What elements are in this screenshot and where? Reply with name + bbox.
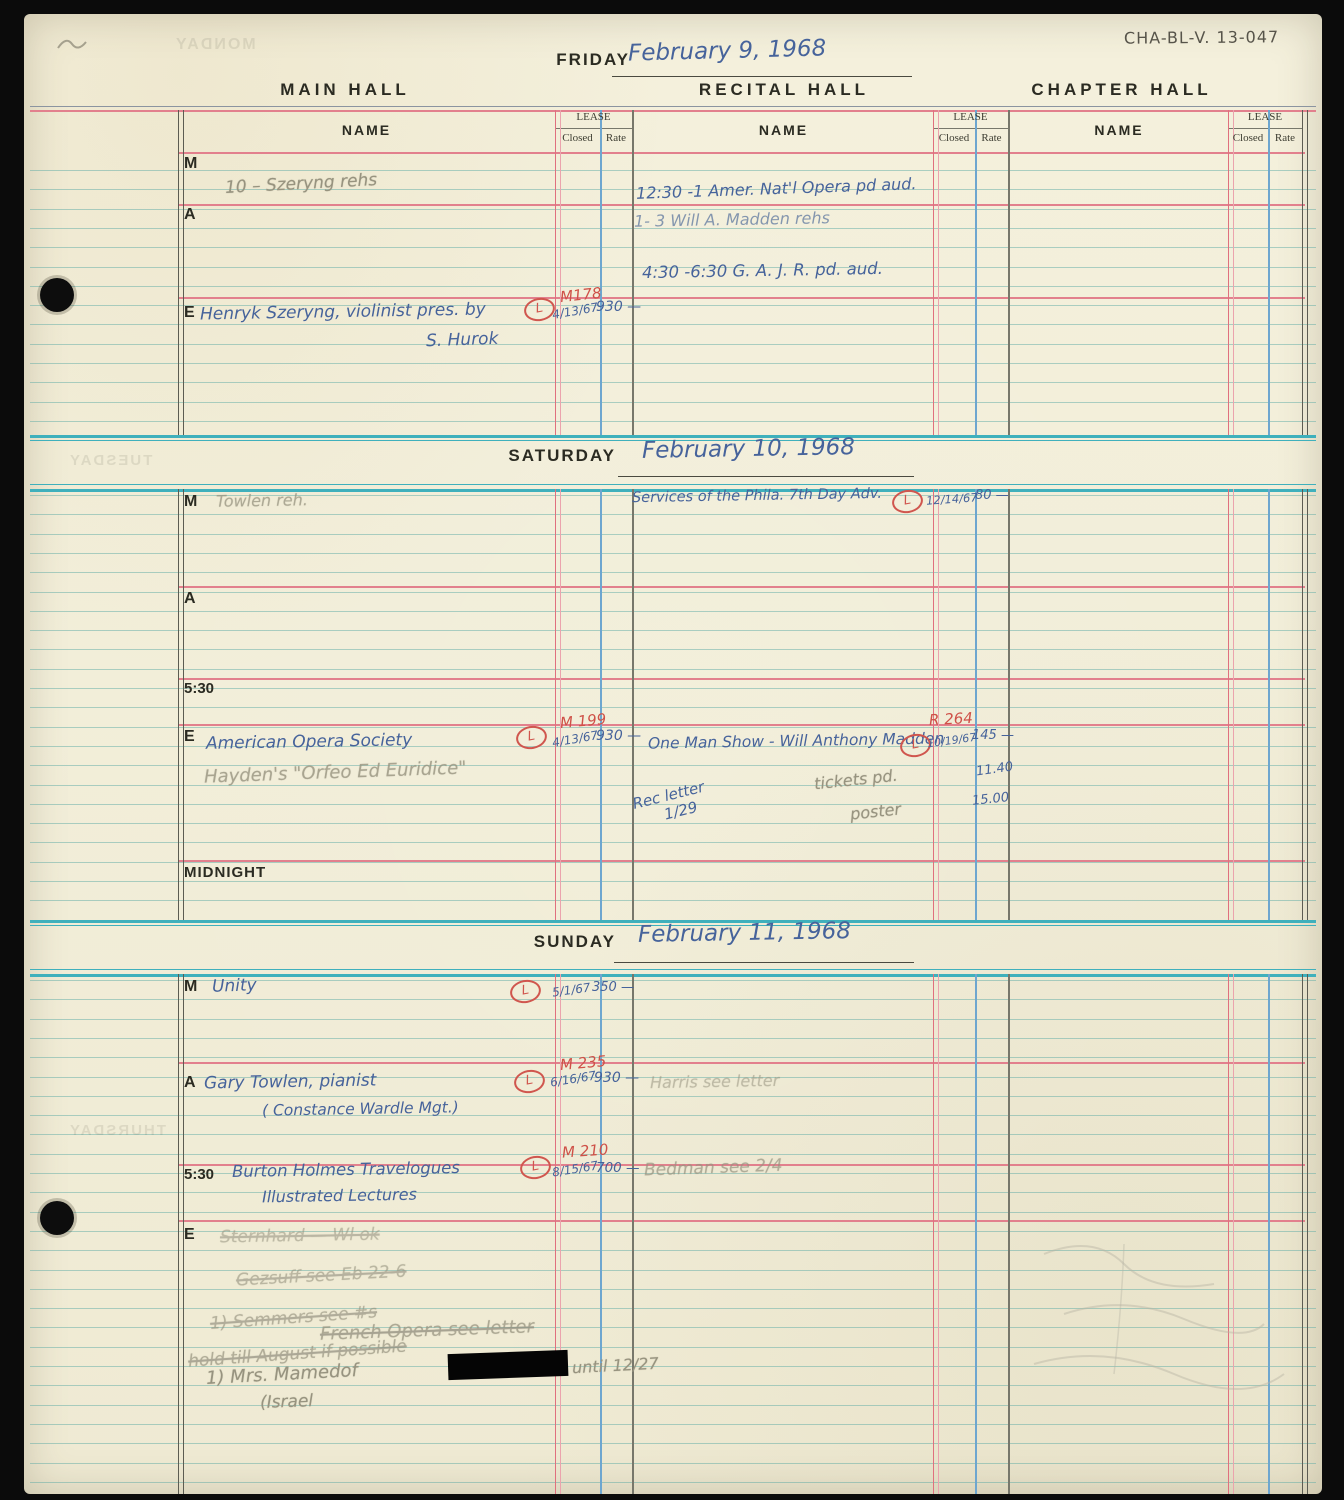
rule-line bbox=[555, 974, 561, 1494]
rule-line bbox=[30, 1115, 1316, 1116]
rule-line bbox=[555, 128, 632, 129]
rule-line bbox=[1228, 110, 1234, 435]
hole-punch-top bbox=[40, 278, 74, 312]
recital-closed-header: Closed bbox=[933, 132, 975, 144]
friday-recital-entry-2: 1- 3 Will A. Madden rehs bbox=[634, 208, 830, 230]
saturday-row-e: E bbox=[184, 728, 195, 746]
saturday-date-underline bbox=[618, 476, 914, 477]
rule-line bbox=[30, 106, 1316, 107]
rule-line bbox=[30, 1057, 1316, 1058]
sunday-530-code: M 210 bbox=[561, 1140, 608, 1161]
saturday-row-midnight: MIDNIGHT bbox=[184, 864, 266, 881]
saturday-date: February 10, 1968 bbox=[642, 434, 855, 464]
friday-row-m: M bbox=[184, 155, 197, 173]
rule-line bbox=[178, 586, 1305, 588]
rule-line bbox=[30, 999, 1316, 1000]
rule-line bbox=[30, 1463, 1316, 1464]
rule-line bbox=[933, 974, 939, 1494]
redaction-bar bbox=[448, 1350, 569, 1380]
rule-line bbox=[30, 363, 1316, 364]
rule-line bbox=[933, 489, 939, 920]
rule-line bbox=[30, 1019, 1316, 1020]
rule-line bbox=[30, 514, 1316, 515]
rule-line bbox=[30, 324, 1316, 325]
rule-line bbox=[178, 152, 1305, 154]
rule-line bbox=[30, 649, 1316, 650]
rule-line bbox=[30, 402, 1316, 403]
sunday-recital-a-entry: Harris see letter bbox=[650, 1071, 780, 1092]
rule-line bbox=[1228, 128, 1302, 129]
chapter-rate-header: Rate bbox=[1268, 132, 1302, 144]
rule-line bbox=[30, 553, 1316, 554]
chapter-name-header: NAME bbox=[1010, 122, 1228, 138]
faint-scribble bbox=[1004, 1224, 1304, 1444]
main-hall-title: MAIN HALL bbox=[240, 80, 450, 100]
sunday-main-a-name: Gary Towlen, pianist bbox=[204, 1070, 377, 1093]
saturday-row-m: M bbox=[184, 493, 197, 511]
recital-name-header: NAME bbox=[634, 122, 933, 138]
rule-line bbox=[30, 421, 1316, 422]
saturday-row-530: 5:30 bbox=[184, 680, 214, 697]
sunday-row-m: M bbox=[184, 978, 197, 996]
bleedthrough-tuesday: TUESDAY bbox=[68, 452, 152, 469]
rule-line bbox=[1008, 489, 1010, 920]
saturday-recital-e-code: R 264 bbox=[929, 709, 974, 729]
friday-label: FRIDAY bbox=[464, 50, 630, 70]
rule-line bbox=[30, 247, 1316, 248]
sunday-main-a-mgmt: ( Constance Wardle Mgt.) bbox=[262, 1098, 459, 1119]
rule-line bbox=[632, 110, 634, 435]
rule-line bbox=[1268, 489, 1270, 920]
archive-code: CHA-BL-V. 13-047 bbox=[1124, 27, 1279, 47]
rule-line bbox=[178, 1220, 1305, 1222]
rule-line bbox=[30, 286, 1316, 287]
rule-line bbox=[30, 170, 1316, 171]
friday-main-e-presenter: S. Hurok bbox=[426, 329, 499, 352]
rule-line bbox=[30, 727, 1316, 728]
ledger-paper: MONDAY TUESDAY THURSDAY CHA-BL-V. 13-047… bbox=[24, 14, 1322, 1494]
bleedthrough-thursday: THURSDAY bbox=[68, 1122, 166, 1139]
friday-row-e: E bbox=[184, 304, 195, 322]
sunday-e-struck-1: Sternhard — Wl ok bbox=[220, 1225, 380, 1248]
friday-main-e-rate: 930 — bbox=[596, 299, 641, 315]
rule-line bbox=[30, 209, 1316, 210]
rule-line bbox=[30, 900, 1316, 901]
friday-row-a: A bbox=[184, 206, 196, 224]
rule-line bbox=[30, 534, 1316, 535]
saturday-recital-m-rate: 80 — bbox=[975, 488, 1009, 503]
sunday-row-a: A bbox=[184, 1074, 196, 1092]
rule-line bbox=[30, 688, 1316, 689]
recital-hall-title: RECITAL HALL bbox=[674, 80, 894, 100]
sunday-date-underline bbox=[614, 962, 914, 963]
saturday-main-e-name: American Opera Society bbox=[206, 730, 413, 754]
saturday-label: SATURDAY bbox=[424, 446, 616, 466]
rule-line bbox=[30, 1096, 1316, 1097]
saturday-row-a: A bbox=[184, 590, 196, 608]
rule-line bbox=[30, 592, 1316, 593]
rule-line bbox=[975, 489, 977, 920]
rule-line bbox=[975, 974, 977, 1494]
rule-line bbox=[178, 297, 1305, 299]
chapter-hall-title: CHAPTER HALL bbox=[1014, 80, 1229, 100]
main-lease-header: LEASE bbox=[555, 111, 632, 123]
sunday-530-rate: 700 — bbox=[596, 1160, 640, 1176]
recital-lease-header: LEASE bbox=[933, 111, 1008, 123]
rule-line bbox=[632, 974, 634, 1494]
rule-line bbox=[30, 344, 1316, 345]
rule-line bbox=[1268, 110, 1270, 435]
rule-line bbox=[1302, 110, 1308, 435]
sunday-label: SUNDAY bbox=[444, 932, 616, 952]
rule-line bbox=[632, 489, 634, 920]
rule-line bbox=[30, 1154, 1316, 1155]
rule-line bbox=[30, 1038, 1316, 1039]
rule-line bbox=[30, 842, 1316, 843]
chapter-closed-header: Closed bbox=[1228, 132, 1268, 144]
rule-line bbox=[30, 572, 1316, 573]
recital-rate-header: Rate bbox=[975, 132, 1008, 144]
rule-line bbox=[600, 110, 602, 435]
rule-line bbox=[178, 204, 1305, 206]
rule-line bbox=[30, 1212, 1316, 1213]
rule-line bbox=[933, 128, 1008, 129]
rule-line bbox=[1008, 110, 1010, 435]
hole-punch-bottom bbox=[40, 1201, 74, 1235]
rule-line bbox=[1302, 489, 1308, 920]
rule-line bbox=[30, 1192, 1316, 1193]
rule-line bbox=[30, 382, 1316, 383]
rule-line bbox=[30, 707, 1316, 708]
rule-line bbox=[30, 881, 1316, 882]
main-closed-header: Closed bbox=[555, 132, 600, 144]
saturday-main-e-rate: 930 — bbox=[596, 728, 641, 744]
rule-line bbox=[178, 489, 184, 920]
main-rate-header: Rate bbox=[600, 132, 632, 144]
rule-line bbox=[178, 724, 1305, 726]
saturday-main-m-entry: Towlen reh. bbox=[216, 490, 308, 511]
sunday-530-name: Burton Holmes Travelogues bbox=[232, 1158, 460, 1181]
rule-line bbox=[30, 823, 1316, 824]
rule-line bbox=[30, 669, 1316, 670]
sunday-row-e: E bbox=[184, 1226, 195, 1244]
friday-date: February 9, 1968 bbox=[628, 35, 827, 66]
sunday-e-israel: (Israel bbox=[260, 1391, 314, 1413]
rule-line bbox=[555, 489, 561, 920]
rule-line bbox=[600, 489, 602, 920]
rule-line bbox=[1228, 489, 1234, 920]
rule-line bbox=[30, 1134, 1316, 1135]
friday-date-underline bbox=[612, 76, 912, 77]
rule-line bbox=[30, 611, 1316, 612]
rule-line bbox=[178, 678, 1305, 680]
rule-line bbox=[30, 110, 1316, 112]
sunday-row-530: 5:30 bbox=[184, 1166, 214, 1183]
rule-line bbox=[178, 1062, 1305, 1064]
sunday-main-m-entry: Unity bbox=[212, 975, 257, 997]
scanned-ledger-page: MONDAY TUESDAY THURSDAY CHA-BL-V. 13-047… bbox=[0, 0, 1344, 1500]
sunday-main-m-rate: 350 — bbox=[592, 980, 634, 995]
main-name-header: NAME bbox=[178, 122, 555, 138]
chapter-lease-header: LEASE bbox=[1228, 111, 1302, 123]
bleedthrough-monday: MONDAY bbox=[174, 36, 256, 54]
rule-line bbox=[30, 484, 1316, 485]
sunday-530-subtitle: Illustrated Lectures bbox=[262, 1185, 417, 1207]
rule-line bbox=[30, 969, 1316, 970]
rule-line bbox=[178, 860, 1305, 862]
sunday-main-a-rate: 930 — bbox=[594, 1070, 639, 1086]
saturday-recital-e-rate: 145 — bbox=[972, 728, 1014, 743]
rule-line bbox=[555, 110, 561, 435]
rule-line bbox=[933, 110, 939, 435]
rule-line bbox=[30, 630, 1316, 631]
sunday-date: February 11, 1968 bbox=[638, 918, 851, 948]
corner-mark bbox=[52, 30, 112, 60]
rule-line bbox=[30, 1482, 1316, 1483]
rule-line bbox=[975, 110, 977, 435]
